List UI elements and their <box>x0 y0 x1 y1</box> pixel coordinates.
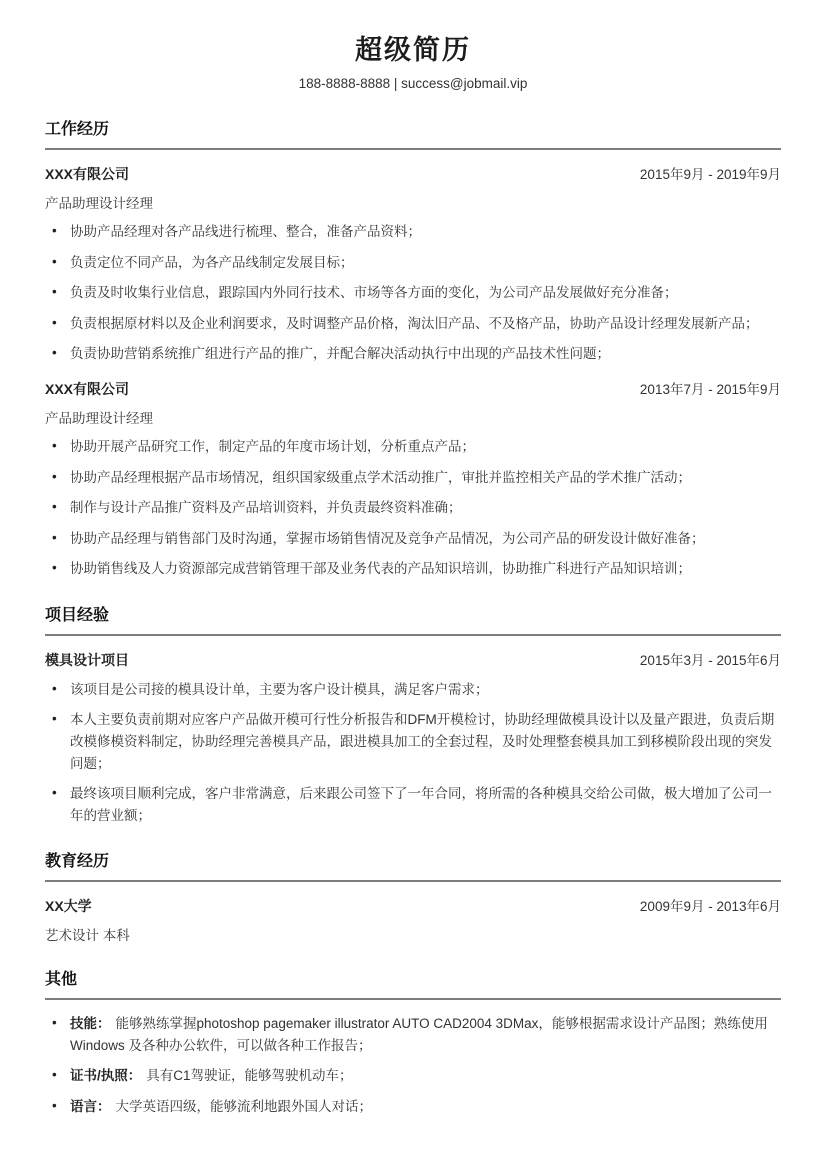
bullet-dot: • <box>52 220 57 242</box>
bullet-text: 负责根据原材料以及企业利润要求，及时调整产品价格，淘汰旧产品、不及格产品，协助产… <box>70 316 759 331</box>
entry: •技能：能够熟练掌握photoshop pagemaker illustrato… <box>45 1013 781 1117</box>
bullet-list: •技能：能够熟练掌握photoshop pagemaker illustrato… <box>45 1013 781 1117</box>
bullet-dot: • <box>52 281 57 303</box>
bullet-item: •制作与设计产品推广资料及产品培训资料，并负责最终资料准确； <box>45 497 781 519</box>
resume-section: 工作经历 XXX有限公司 2015年9月 - 2019年9月 产品助理设计经理 … <box>45 120 781 580</box>
section-entries: XX大学 2009年9月 - 2013年6月 艺术设计 本科 <box>45 895 781 944</box>
entry: XX大学 2009年9月 - 2013年6月 艺术设计 本科 <box>45 895 781 944</box>
entry-subtitle: 艺术设计 本科 <box>45 924 781 944</box>
bullet-dot: • <box>52 496 57 518</box>
bullet-text: 协助销售线及人力资源部完成营销管理干部及业务代表的产品知识培训，协助推广科进行产… <box>70 561 691 576</box>
bullet-text: 协助开展产品研究工作，制定产品的年度市场计划，分析重点产品； <box>70 439 475 454</box>
bullet-dot: • <box>52 1064 57 1086</box>
bullet-text: 具有C1驾驶证，能够驾驶机动车； <box>146 1068 352 1083</box>
resume-section: 教育经历 XX大学 2009年9月 - 2013年6月 艺术设计 本科 <box>45 852 781 944</box>
bullet-dot: • <box>52 678 57 700</box>
contact-line: 188-8888-8888 | success@jobmail.vip <box>45 75 781 94</box>
bullet-item: •负责协助营销系统推广组进行产品的推广，并配合解决活动执行中出现的产品技术性问题… <box>45 343 781 365</box>
entry: XXX有限公司 2013年7月 - 2015年9月 产品助理设计经理 •协助开展… <box>45 378 781 580</box>
bullet-item: •最终该项目顺利完成，客户非常满意，后来跟公司签下了一年合同，将所需的各种模具交… <box>45 783 781 826</box>
entry-date: 2015年3月 - 2015年6月 <box>640 649 781 669</box>
bullet-label: 证书/执照： <box>70 1068 141 1083</box>
bullet-text: 制作与设计产品推广资料及产品培训资料，并负责最终资料准确； <box>70 500 462 515</box>
entry-subtitle: 产品助理设计经理 <box>45 407 781 427</box>
bullet-list: •协助开展产品研究工作，制定产品的年度市场计划，分析重点产品； •协助产品经理根… <box>45 436 781 580</box>
bullet-dot: • <box>52 708 57 730</box>
bullet-text: 大学英语四级，能够流利地跟外国人对话； <box>116 1099 373 1114</box>
bullet-list: •协助产品经理对各产品线进行梳理、整合，准备产品资料； •负责定位不同产品，为各… <box>45 221 781 365</box>
bullet-dot: • <box>52 312 57 334</box>
entry-header: 模具设计项目 2015年3月 - 2015年6月 <box>45 649 781 670</box>
bullet-label: 语言： <box>70 1099 111 1114</box>
entry: XXX有限公司 2015年9月 - 2019年9月 产品助理设计经理 •协助产品… <box>45 163 781 365</box>
entry-header: XX大学 2009年9月 - 2013年6月 <box>45 895 781 916</box>
entry-date: 2009年9月 - 2013年6月 <box>640 895 781 915</box>
bullet-dot: • <box>52 251 57 273</box>
bullet-text: 协助产品经理根据产品市场情况，组织国家级重点学术活动推广，审批并监控相关产品的学… <box>70 470 691 485</box>
bullet-item: •技能：能够熟练掌握photoshop pagemaker illustrato… <box>45 1013 781 1056</box>
entry-title: 模具设计项目 <box>45 650 129 670</box>
resume-title: 超级简历 <box>45 34 781 66</box>
entry-header: XXX有限公司 2015年9月 - 2019年9月 <box>45 163 781 184</box>
section-heading: 项目经验 <box>45 606 781 636</box>
section-entries: 模具设计项目 2015年3月 - 2015年6月 •该项目是公司接的模具设计单，… <box>45 649 781 827</box>
bullet-item: •协助开展产品研究工作，制定产品的年度市场计划，分析重点产品； <box>45 436 781 458</box>
bullet-item: •证书/执照：具有C1驾驶证，能够驾驶机动车； <box>45 1065 781 1087</box>
bullet-text: 能够熟练掌握photoshop pagemaker illustrator AU… <box>70 1016 768 1053</box>
bullet-text: 该项目是公司接的模具设计单，主要为客户设计模具，满足客户需求； <box>70 682 489 697</box>
bullet-dot: • <box>52 527 57 549</box>
bullet-item: •负责定位不同产品，为各产品线制定发展目标； <box>45 252 781 274</box>
entry-subtitle: 产品助理设计经理 <box>45 192 781 212</box>
resume-section: 项目经验 模具设计项目 2015年3月 - 2015年6月 •该项目是公司接的模… <box>45 606 781 826</box>
sections-container: 工作经历 XXX有限公司 2015年9月 - 2019年9月 产品助理设计经理 … <box>45 120 781 1117</box>
bullet-text: 负责及时收集行业信息，跟踪国内外同行技术、市场等各方面的变化，为公司产品发展做好… <box>70 285 678 300</box>
bullet-dot: • <box>52 557 57 579</box>
bullet-text: 负责定位不同产品，为各产品线制定发展目标； <box>70 255 354 270</box>
bullet-dot: • <box>52 435 57 457</box>
bullet-item: •协助产品经理对各产品线进行梳理、整合，准备产品资料； <box>45 221 781 243</box>
bullet-dot: • <box>52 342 57 364</box>
section-heading: 教育经历 <box>45 852 781 882</box>
bullet-text: 最终该项目顺利完成，客户非常满意，后来跟公司签下了一年合同，将所需的各种模具交给… <box>70 786 772 823</box>
section-heading: 工作经历 <box>45 120 781 150</box>
bullet-dot: • <box>52 1012 57 1034</box>
bullet-item: •该项目是公司接的模具设计单，主要为客户设计模具，满足客户需求； <box>45 679 781 701</box>
bullet-list: •该项目是公司接的模具设计单，主要为客户设计模具，满足客户需求； •本人主要负责… <box>45 679 781 827</box>
resume-page: 超级简历 188-8888-8888 | success@jobmail.vip… <box>0 0 826 1169</box>
bullet-label: 技能： <box>70 1016 111 1031</box>
bullet-item: •负责根据原材料以及企业利润要求，及时调整产品价格，淘汰旧产品、不及格产品，协助… <box>45 313 781 335</box>
entry-header: XXX有限公司 2013年7月 - 2015年9月 <box>45 378 781 399</box>
bullet-item: •协助销售线及人力资源部完成营销管理干部及业务代表的产品知识培训，协助推广科进行… <box>45 558 781 580</box>
section-heading: 其他 <box>45 970 781 1000</box>
bullet-item: •语言：大学英语四级，能够流利地跟外国人对话； <box>45 1096 781 1118</box>
bullet-item: •协助产品经理与销售部门及时沟通，掌握市场销售情况及竞争产品情况，为公司产品的研… <box>45 528 781 550</box>
entry: 模具设计项目 2015年3月 - 2015年6月 •该项目是公司接的模具设计单，… <box>45 649 781 827</box>
bullet-dot: • <box>52 1095 57 1117</box>
resume-section: 其他 •技能：能够熟练掌握photoshop pagemaker illustr… <box>45 970 781 1117</box>
bullet-item: •本人主要负责前期对应客户产品做开模可行性分析报告和DFM开模检讨，协助经理做模… <box>45 709 781 774</box>
entry-title: XXX有限公司 <box>45 379 129 399</box>
section-entries: •技能：能够熟练掌握photoshop pagemaker illustrato… <box>45 1013 781 1117</box>
entry-title: XX大学 <box>45 896 92 916</box>
bullet-text: 负责协助营销系统推广组进行产品的推广，并配合解决活动执行中出现的产品技术性问题； <box>70 346 610 361</box>
bullet-item: •协助产品经理根据产品市场情况，组织国家级重点学术活动推广，审批并监控相关产品的… <box>45 467 781 489</box>
bullet-dot: • <box>52 466 57 488</box>
bullet-dot: • <box>52 782 57 804</box>
entry-title: XXX有限公司 <box>45 164 129 184</box>
bullet-text: 本人主要负责前期对应客户产品做开模可行性分析报告和DFM开模检讨，协助经理做模具… <box>70 712 774 770</box>
bullet-item: •负责及时收集行业信息，跟踪国内外同行技术、市场等各方面的变化，为公司产品发展做… <box>45 282 781 304</box>
section-entries: XXX有限公司 2015年9月 - 2019年9月 产品助理设计经理 •协助产品… <box>45 163 781 580</box>
bullet-text: 协助产品经理对各产品线进行梳理、整合，准备产品资料； <box>70 224 421 239</box>
entry-date: 2013年7月 - 2015年9月 <box>640 378 781 398</box>
bullet-text: 协助产品经理与销售部门及时沟通，掌握市场销售情况及竞争产品情况，为公司产品的研发… <box>70 531 705 546</box>
entry-date: 2015年9月 - 2019年9月 <box>640 163 781 183</box>
